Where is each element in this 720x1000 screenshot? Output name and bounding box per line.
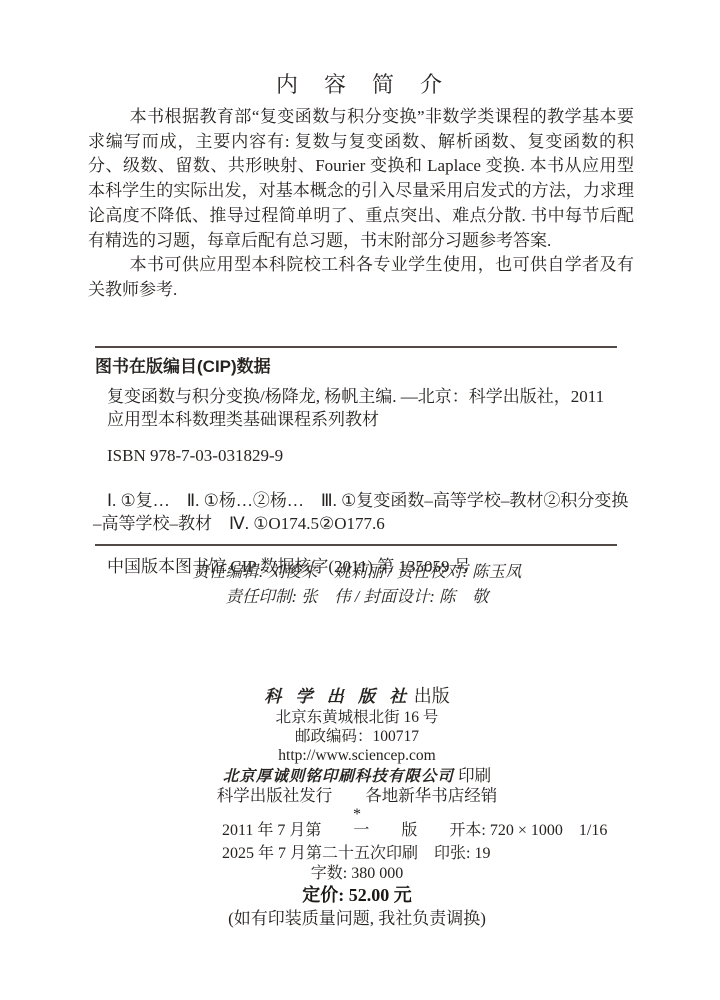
price-info-block: 字数: 380 000 定价: 52.00 元 (如有印装质量问题, 我社负责调… xyxy=(0,864,714,929)
page-title: 内 容 简 介 xyxy=(0,68,720,99)
staff-credits: 责任编辑: 刘俊来 姚莉丽 / 责任校对: 陈玉凤 责任印制: 张 伟 / 封面… xyxy=(0,560,714,609)
price: 定价: 52.00 元 xyxy=(0,885,714,906)
edition-line: 2011 年 7 月第 一 版 开本: 720 × 1000 1/16 xyxy=(222,820,607,843)
publisher-name-line: 科 学 出 版 社 出版 xyxy=(0,684,714,709)
edition-info-block: 2011 年 7 月第 一 版 开本: 720 × 1000 1/16 2025… xyxy=(222,820,607,865)
divider-bottom xyxy=(95,544,617,546)
publisher-logotype: 科 学 出 版 社 xyxy=(264,687,409,706)
book-copyright-page: 内 容 简 介 本书根据教育部“复变函数与积分变换”非数学类课程的教学基本要求编… xyxy=(0,0,720,1000)
content-introduction: 本书根据教育部“复变函数与积分变换”非数学类课程的教学基本要求编写而成，主要内容… xyxy=(88,105,634,303)
distribution-line: 科学出版社发行 各地新华书店经销 xyxy=(0,786,714,805)
printer-line: 北京厚诚则铭印刷科技有限公司 印刷 xyxy=(0,766,714,786)
print-design-line: 责任印制: 张 伟 / 封面设计: 陈 敬 xyxy=(0,585,714,610)
divider-top xyxy=(95,346,617,348)
quality-exchange-note: (如有印装质量问题, 我社负责调换) xyxy=(0,908,714,929)
word-count: 字数: 380 000 xyxy=(0,864,714,883)
isbn-number: ISBN 978-7-03-031829-9 xyxy=(93,444,629,467)
cip-series-line: 应用型本科数理类基础课程系列教材 xyxy=(93,408,629,431)
intro-paragraph-2: 本书可供应用型本科院校工科各专业学生使用，也可供自学者及有关教师参考. xyxy=(88,253,634,302)
printer-name: 北京厚诚则铭印刷科技有限公司 xyxy=(223,768,454,785)
editors-line: 责任编辑: 刘俊来 姚莉丽 / 责任校对: 陈玉凤 xyxy=(0,560,714,585)
cip-classification-line-1: Ⅰ. ①复… Ⅱ. ①杨…②杨… Ⅲ. ①复变函数–高等学校–教材②积分变换 xyxy=(93,489,629,512)
cip-heading: 图书在版编目(CIP)数据 xyxy=(93,356,629,377)
intro-paragraph-1: 本书根据教育部“复变函数与积分变换”非数学类课程的教学基本要求编写而成，主要内容… xyxy=(88,105,634,253)
publisher-imprint: 科 学 出 版 社 出版 北京东黄城根北街 16 号 邮政编码：100717 h… xyxy=(0,684,714,824)
cip-classification-line-2: –高等学校–教材 Ⅳ. ①O174.5②O177.6 xyxy=(93,512,629,535)
publisher-address: 北京东黄城根北街 16 号 xyxy=(0,709,714,728)
publisher-name-suffix: 出版 xyxy=(409,686,450,706)
printer-suffix: 印刷 xyxy=(454,766,491,785)
impression-line: 2025 年 7 月第二十五次印刷 印张: 19 xyxy=(222,843,607,866)
publisher-website: http://www.sciencep.com xyxy=(0,747,714,766)
publisher-postcode: 邮政编码：100717 xyxy=(0,728,714,747)
cip-book-line: 复变函数与积分变换/杨降龙, 杨帆主编. —北京：科学出版社，2011 xyxy=(93,385,629,408)
